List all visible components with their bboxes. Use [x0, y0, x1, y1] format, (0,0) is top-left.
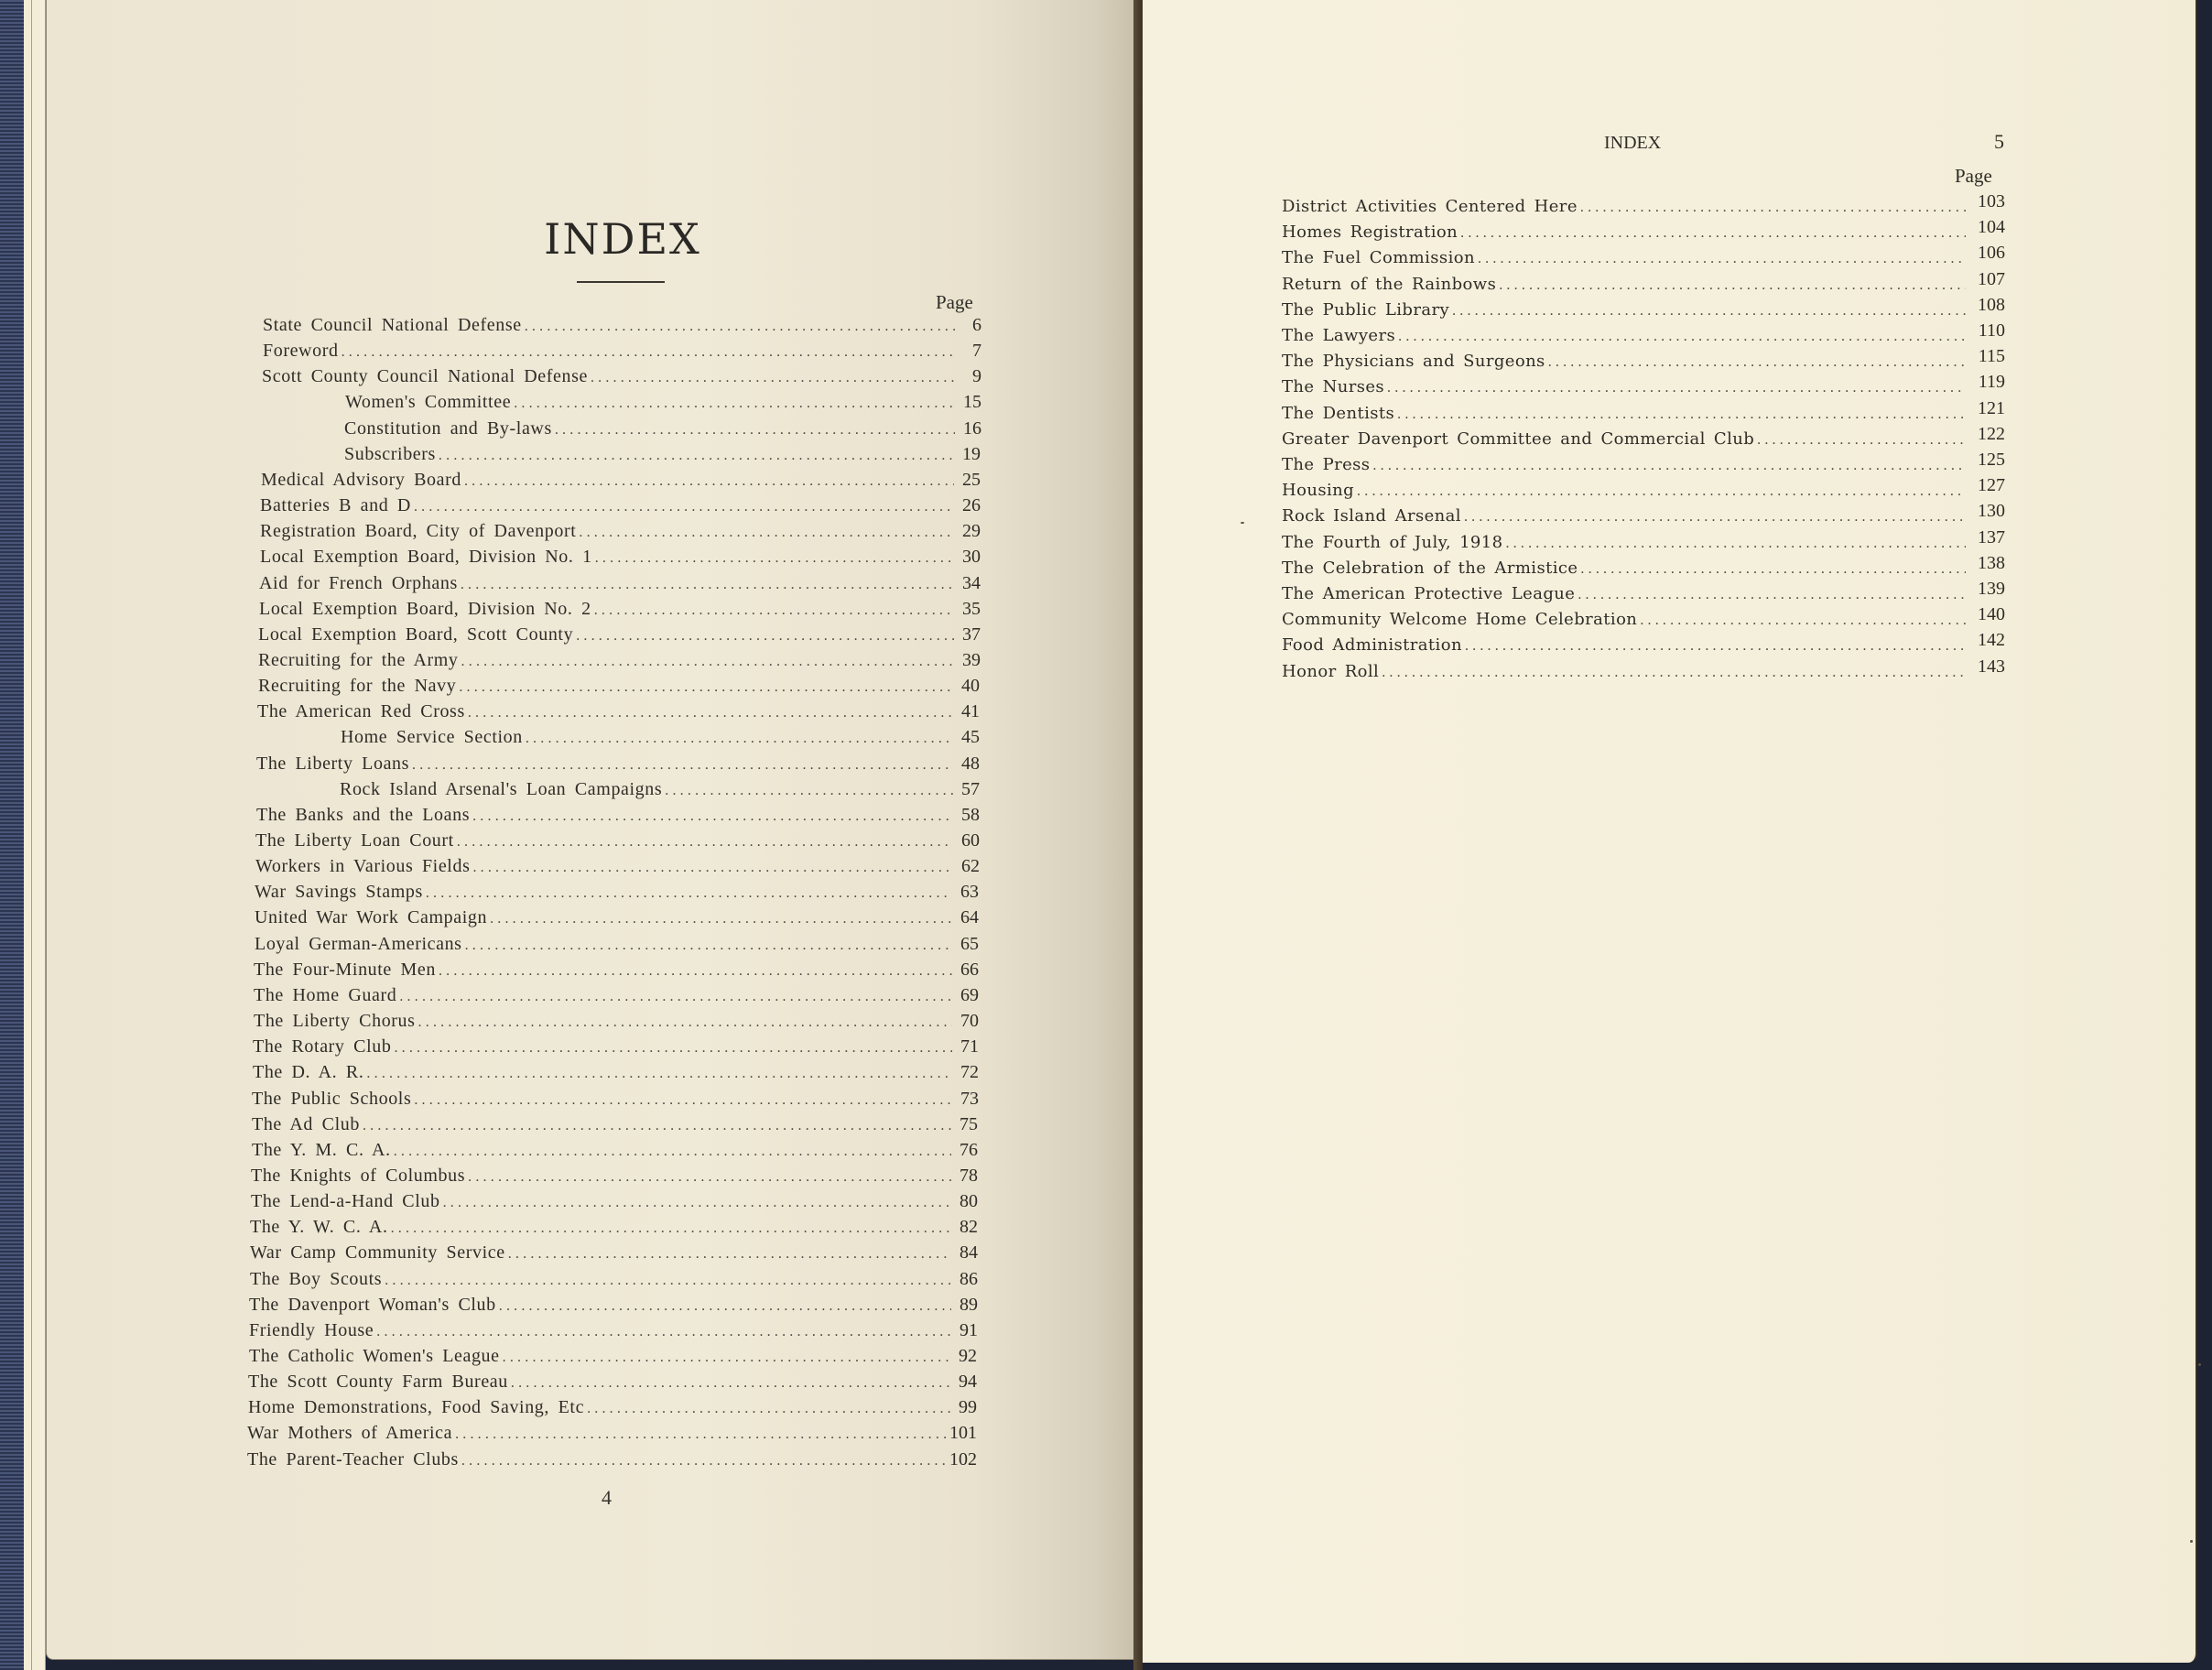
entry-page-number: 41	[956, 701, 980, 722]
leader-dots	[1757, 432, 1966, 449]
leader-dots	[366, 1066, 952, 1082]
leader-dots	[503, 1350, 950, 1366]
index-entry: The Ad Club75	[252, 1114, 978, 1140]
entry-title: State Council National Defense	[263, 315, 522, 336]
entry-page-number: 86	[954, 1269, 978, 1290]
entry-title: Home Demonstrations, Food Saving, Etc	[248, 1397, 584, 1418]
index-entry: Batteries B and D26	[260, 495, 981, 521]
book-cover-spine	[0, 0, 24, 1670]
book-gutter	[1133, 0, 1143, 1670]
index-entry: The Knights of Columbus78	[251, 1166, 978, 1191]
entry-page-number: 19	[957, 444, 981, 465]
entry-title: Friendly House	[249, 1320, 374, 1341]
index-entry: The Davenport Woman's Club89	[249, 1295, 978, 1320]
entry-title: Women's Committee	[345, 392, 511, 413]
index-entry: The Public Library108	[1282, 299, 2005, 325]
index-entry: The Physicians and Surgeons115	[1282, 351, 2005, 376]
entry-page-number: 72	[955, 1062, 979, 1083]
entry-title: Food Administration	[1282, 635, 1462, 655]
leader-dots	[459, 679, 953, 696]
entry-page-number: 110	[1968, 320, 2005, 342]
leader-dots	[1372, 458, 1966, 474]
leader-dots	[399, 989, 952, 1005]
entry-title: The Physicians and Surgeons	[1282, 352, 1545, 371]
entry-title: The Lawyers	[1282, 326, 1395, 345]
leader-dots	[363, 1118, 951, 1134]
entry-page-number: 99	[953, 1397, 977, 1418]
index-entry: Home Demonstrations, Food Saving, Etc99	[248, 1397, 977, 1423]
index-entry: Foreword7	[263, 341, 981, 366]
entry-page-number: 62	[956, 856, 980, 877]
entry-page-number: 127	[1968, 475, 2005, 496]
entry-title: Recruiting for the Army	[258, 650, 459, 671]
index-entry: War Camp Community Service84	[250, 1242, 978, 1268]
entry-page-number: 60	[956, 830, 980, 851]
entry-page-number: 45	[956, 727, 980, 748]
entry-title: Rock Island Arsenal's Loan Campaigns	[340, 779, 662, 800]
entry-page-number: 121	[1968, 398, 2005, 419]
running-head: INDEX	[1604, 133, 1661, 154]
index-entry: War Mothers of America101	[247, 1423, 977, 1448]
index-entry: Workers in Various Fields62	[255, 856, 980, 882]
index-entry: Local Exemption Board, Scott County37	[258, 624, 981, 650]
entry-title: The Y. W. C. A.	[250, 1217, 388, 1238]
entry-page-number: 70	[955, 1011, 979, 1032]
leader-dots	[461, 577, 954, 593]
index-entry: Greater Davenport Committee and Commerci…	[1282, 428, 2005, 454]
entry-title: The Public Schools	[252, 1089, 411, 1110]
index-entry: District Activities Centered Here103	[1282, 196, 2005, 222]
leader-dots	[385, 1273, 951, 1289]
entry-title: Aid for French Orphans	[259, 573, 458, 594]
index-entry: Rock Island Arsenal's Loan Campaigns57	[340, 779, 980, 805]
index-entry: The American Red Cross41	[257, 701, 980, 727]
index-entry: The Fourth of July, 1918137	[1282, 532, 2005, 558]
entry-page-number: 63	[955, 882, 979, 903]
leader-dots	[414, 1092, 952, 1109]
index-entry: The Dentists121	[1282, 403, 2005, 428]
index-entry: The Lend-a-Hand Club80	[251, 1191, 978, 1217]
entry-page-number: 64	[955, 907, 979, 928]
entry-title: The Parent-Teacher Clubs	[247, 1449, 459, 1470]
entry-title: Housing	[1282, 481, 1354, 500]
entry-page-number: 140	[1968, 604, 2005, 625]
entry-page-number: 104	[1968, 217, 2005, 238]
leader-dots	[439, 448, 954, 464]
entry-title: Return of the Rainbows	[1282, 275, 1496, 294]
page-column-label-right: Page	[1955, 165, 1992, 188]
page-column-label: Page	[936, 291, 973, 314]
index-entry: Recruiting for the Navy40	[258, 676, 980, 701]
leader-dots	[576, 628, 954, 645]
entry-page-number: 40	[956, 676, 980, 697]
entry-page-number: 139	[1968, 579, 2005, 600]
entry-title: The Dentists	[1282, 404, 1394, 423]
entry-title: Greater Davenport Committee and Commerci…	[1282, 429, 1754, 449]
leader-dots	[579, 525, 954, 541]
entry-page-number: 73	[955, 1089, 979, 1110]
entry-page-number: 7	[958, 341, 981, 362]
index-entry: United War Work Campaign64	[255, 907, 979, 933]
entry-title: The Celebration of the Armistice	[1282, 558, 1578, 578]
index-entry: The Lawyers110	[1282, 325, 2005, 351]
entry-page-number: 89	[954, 1295, 978, 1316]
leader-dots	[439, 963, 952, 980]
entry-page-number: 92	[953, 1346, 977, 1367]
entry-page-number: 26	[957, 495, 981, 516]
leader-dots	[468, 1169, 951, 1186]
index-entry: Rock Island Arsenal130	[1282, 505, 2005, 531]
entry-page-number: 30	[957, 547, 981, 568]
leader-dots	[665, 783, 953, 799]
leader-dots	[465, 938, 952, 954]
leader-dots	[514, 396, 955, 412]
entry-page-number: 71	[955, 1036, 979, 1057]
paper-speck	[2198, 1363, 2201, 1366]
page-number-left: 4	[602, 1486, 612, 1510]
index-entry: The Public Schools73	[252, 1089, 979, 1114]
entry-title: The D. A. R.	[253, 1062, 363, 1083]
paper-speck	[2190, 1540, 2193, 1543]
entry-page-number: 25	[957, 470, 981, 491]
entry-page-number: 37	[957, 624, 981, 645]
entry-title: Local Exemption Board, Division No. 2	[259, 599, 591, 620]
index-entry: Loyal German-Americans65	[255, 934, 979, 960]
index-entry: Friendly House91	[249, 1320, 978, 1346]
leader-dots	[499, 1298, 951, 1315]
leader-dots	[1580, 561, 1966, 578]
leader-dots	[1465, 638, 1966, 655]
index-entry: The American Protective League139	[1282, 583, 2005, 609]
leader-dots	[412, 757, 953, 774]
entry-page-number: 15	[958, 392, 981, 413]
index-entry: The Fuel Commission106	[1282, 247, 2005, 273]
leader-dots	[455, 1426, 947, 1443]
index-entry: Medical Advisory Board25	[261, 470, 981, 495]
entry-page-number: 102	[949, 1449, 977, 1470]
index-title: INDEX	[513, 214, 732, 264]
entry-page-number: 57	[956, 779, 980, 800]
leader-dots	[461, 654, 954, 670]
index-entry: Return of the Rainbows107	[1282, 274, 2005, 299]
entry-page-number: 78	[954, 1166, 978, 1187]
leader-dots	[1357, 483, 1966, 500]
entry-title: Registration Board, City of Davenport	[260, 521, 576, 542]
index-entry: The Liberty Loans48	[256, 754, 980, 779]
index-entry: Home Service Section45	[341, 727, 980, 753]
leader-dots	[376, 1324, 951, 1340]
entry-title: The Fourth of July, 1918	[1282, 533, 1502, 552]
entry-title: The American Red Cross	[257, 701, 465, 722]
index-entry: Scott County Council National Defense9	[262, 366, 981, 392]
leader-dots	[1397, 407, 1966, 423]
entry-page-number: 35	[957, 599, 981, 620]
entry-title: The Press	[1282, 455, 1370, 474]
entry-page-number: 29	[957, 521, 981, 542]
leader-dots	[526, 731, 953, 747]
leader-dots	[443, 1195, 951, 1211]
leader-dots	[1640, 613, 1966, 629]
entry-title: Community Welcome Home Celebration	[1282, 610, 1637, 629]
leader-dots	[1382, 665, 1966, 681]
leader-dots	[490, 911, 952, 927]
leader-dots	[1478, 251, 1966, 267]
index-entry: Local Exemption Board, Division No. 130	[260, 547, 981, 572]
leader-dots	[468, 705, 953, 721]
leader-dots	[457, 834, 953, 851]
page-stack-edge	[39, 0, 46, 1670]
entry-title: Honor Roll	[1282, 662, 1379, 681]
index-entry: Food Administration142	[1282, 634, 2005, 660]
entry-page-number: 138	[1968, 553, 2005, 574]
leader-dots	[525, 319, 955, 335]
entry-title: Batteries B and D	[260, 495, 411, 516]
entry-page-number: 69	[955, 985, 979, 1006]
entry-title: The Rotary Club	[253, 1036, 391, 1057]
entry-page-number: 39	[957, 650, 981, 671]
index-entry: Community Welcome Home Celebration140	[1282, 609, 2005, 634]
entry-page-number: 66	[955, 960, 979, 981]
index-entry: The Press125	[1282, 454, 2005, 480]
entry-page-number: 58	[956, 805, 980, 826]
leader-dots	[391, 1220, 951, 1237]
index-entry: The Four-Minute Men66	[254, 960, 979, 985]
leader-dots	[472, 860, 953, 876]
index-entry: The Home Guard69	[254, 985, 979, 1011]
entry-title: The Lend-a-Hand Club	[251, 1191, 440, 1212]
leader-dots	[394, 1144, 951, 1160]
entry-page-number: 142	[1968, 630, 2005, 651]
leader-dots	[555, 422, 955, 439]
leader-dots	[1499, 277, 1966, 294]
entry-title: The Liberty Loan Court	[255, 830, 454, 851]
index-entry: Registration Board, City of Davenport29	[260, 521, 981, 547]
entry-title: The Boy Scouts	[250, 1269, 382, 1290]
index-entry: The Liberty Chorus70	[254, 1011, 979, 1036]
index-entry: The Scott County Farm Bureau94	[248, 1372, 977, 1397]
entry-page-number: 80	[954, 1191, 978, 1212]
leader-dots	[464, 473, 954, 490]
entry-title: The Public Library	[1282, 300, 1449, 320]
leader-dots	[1548, 354, 1966, 371]
entry-title: The Four-Minute Men	[254, 960, 436, 981]
leader-dots	[394, 1040, 952, 1057]
entry-title: The Y. M. C. A.	[252, 1140, 391, 1161]
page-number-right: 5	[1994, 130, 2004, 154]
entry-title: War Camp Community Service	[250, 1242, 505, 1263]
leader-dots	[1578, 587, 1966, 603]
entry-page-number: 137	[1968, 527, 2005, 548]
entry-title: District Activities Centered Here	[1282, 197, 1578, 216]
leader-dots	[591, 370, 955, 386]
index-entry: Homes Registration104	[1282, 222, 2005, 247]
entry-title: Scott County Council National Defense	[262, 366, 588, 387]
entry-page-number: 9	[958, 366, 981, 387]
leader-dots	[1505, 536, 1966, 552]
index-entry: The Banks and the Loans58	[256, 805, 980, 830]
entry-title: The Knights of Columbus	[251, 1166, 465, 1187]
leader-dots	[426, 885, 952, 902]
entry-page-number: 48	[956, 754, 980, 775]
index-entry: War Savings Stamps63	[255, 882, 979, 907]
index-entry: The Boy Scouts86	[250, 1269, 978, 1295]
entry-title: United War Work Campaign	[255, 907, 487, 928]
entry-title: The Home Guard	[254, 985, 396, 1006]
entry-page-number: 101	[949, 1423, 977, 1444]
leader-dots	[1387, 380, 1966, 396]
index-entry: The Y. M. C. A.76	[252, 1140, 978, 1166]
index-entry: The Rotary Club71	[253, 1036, 979, 1062]
entry-title: War Mothers of America	[247, 1423, 452, 1444]
index-entry: Aid for French Orphans34	[259, 573, 981, 599]
leader-dots	[1464, 509, 1966, 526]
entry-title: The Liberty Chorus	[254, 1011, 416, 1032]
index-entry: The Celebration of the Armistice138	[1282, 558, 2005, 583]
entry-title: The Liberty Loans	[256, 754, 409, 775]
entry-page-number: 115	[1968, 346, 2005, 367]
entry-title: Subscribers	[344, 444, 436, 465]
entry-page-number: 108	[1968, 295, 2005, 316]
entry-title: The Nurses	[1282, 377, 1384, 396]
index-entry: Local Exemption Board, Division No. 235	[259, 599, 981, 624]
entry-page-number: 91	[954, 1320, 978, 1341]
entry-title: The Banks and the Loans	[256, 805, 470, 826]
index-entry: The Nurses119	[1282, 376, 2005, 402]
entry-title: The American Protective League	[1282, 584, 1575, 603]
index-entry: Constitution and By-laws16	[344, 418, 981, 444]
leader-dots	[418, 1014, 952, 1031]
leader-dots	[1398, 329, 1966, 345]
entry-title: Local Exemption Board, Division No. 1	[260, 547, 592, 568]
entry-title: Constitution and By-laws	[344, 418, 552, 439]
entry-title: Homes Registration	[1282, 222, 1458, 242]
entry-title: The Fuel Commission	[1282, 248, 1475, 267]
entry-page-number: 103	[1968, 191, 2005, 212]
entry-title: Workers in Various Fields	[255, 856, 470, 877]
entry-title: The Ad Club	[252, 1114, 360, 1135]
entry-page-number: 75	[954, 1114, 978, 1135]
leader-dots	[414, 499, 954, 515]
entry-page-number: 16	[958, 418, 981, 439]
entry-page-number: 34	[957, 573, 981, 594]
entry-title: The Catholic Women's League	[249, 1346, 500, 1367]
page-stack-edge	[24, 0, 32, 1670]
entry-title: Medical Advisory Board	[261, 470, 461, 491]
index-entry: State Council National Defense6	[263, 315, 981, 341]
entry-title: The Scott County Farm Bureau	[248, 1372, 508, 1393]
entry-page-number: 106	[1968, 243, 2005, 264]
leader-dots	[1460, 225, 1966, 242]
entry-page-number: 6	[958, 315, 981, 336]
entry-title: Foreword	[263, 341, 339, 362]
entry-page-number: 82	[954, 1217, 978, 1238]
title-rule	[577, 281, 665, 283]
entry-page-number: 122	[1968, 424, 2005, 445]
index-entry: The Parent-Teacher Clubs102	[247, 1449, 977, 1475]
paper-speck	[1241, 522, 1244, 524]
index-entry: Honor Roll143	[1282, 661, 2005, 687]
leader-dots	[472, 808, 953, 825]
entry-page-number: 143	[1968, 656, 2005, 678]
entry-title: The Davenport Woman's Club	[249, 1295, 496, 1316]
leader-dots	[461, 1453, 947, 1469]
entry-title: Recruiting for the Navy	[258, 676, 456, 697]
leader-dots	[1452, 303, 1966, 320]
entry-page-number: 119	[1968, 372, 2005, 393]
entry-page-number: 65	[955, 934, 979, 955]
entry-page-number: 107	[1968, 269, 2005, 290]
index-entry: Recruiting for the Army39	[258, 650, 981, 676]
entry-title: Local Exemption Board, Scott County	[258, 624, 573, 645]
leader-dots	[595, 550, 954, 567]
index-entry: The Y. W. C. A.82	[250, 1217, 978, 1242]
entry-title: Rock Island Arsenal	[1282, 506, 1461, 526]
index-entry: The Catholic Women's League92	[249, 1346, 977, 1372]
index-entry: The D. A. R.72	[253, 1062, 979, 1088]
entry-page-number: 94	[953, 1372, 977, 1393]
leader-dots	[508, 1246, 951, 1263]
entry-page-number: 125	[1968, 450, 2005, 471]
leader-dots	[594, 602, 954, 619]
index-entry: Women's Committee15	[345, 392, 981, 417]
index-entry: Subscribers19	[344, 444, 981, 470]
leader-dots	[342, 344, 955, 361]
entry-page-number: 130	[1968, 501, 2005, 522]
entry-title: War Savings Stamps	[255, 882, 423, 903]
entry-title: Loyal German-Americans	[255, 934, 462, 955]
entry-title: Home Service Section	[341, 727, 523, 748]
entry-page-number: 76	[954, 1140, 978, 1161]
leader-dots	[1580, 200, 1966, 216]
index-entry: Housing127	[1282, 480, 2005, 505]
entry-page-number: 84	[954, 1242, 978, 1263]
leader-dots	[511, 1375, 950, 1392]
leader-dots	[587, 1401, 950, 1417]
index-entry: The Liberty Loan Court60	[255, 830, 980, 856]
